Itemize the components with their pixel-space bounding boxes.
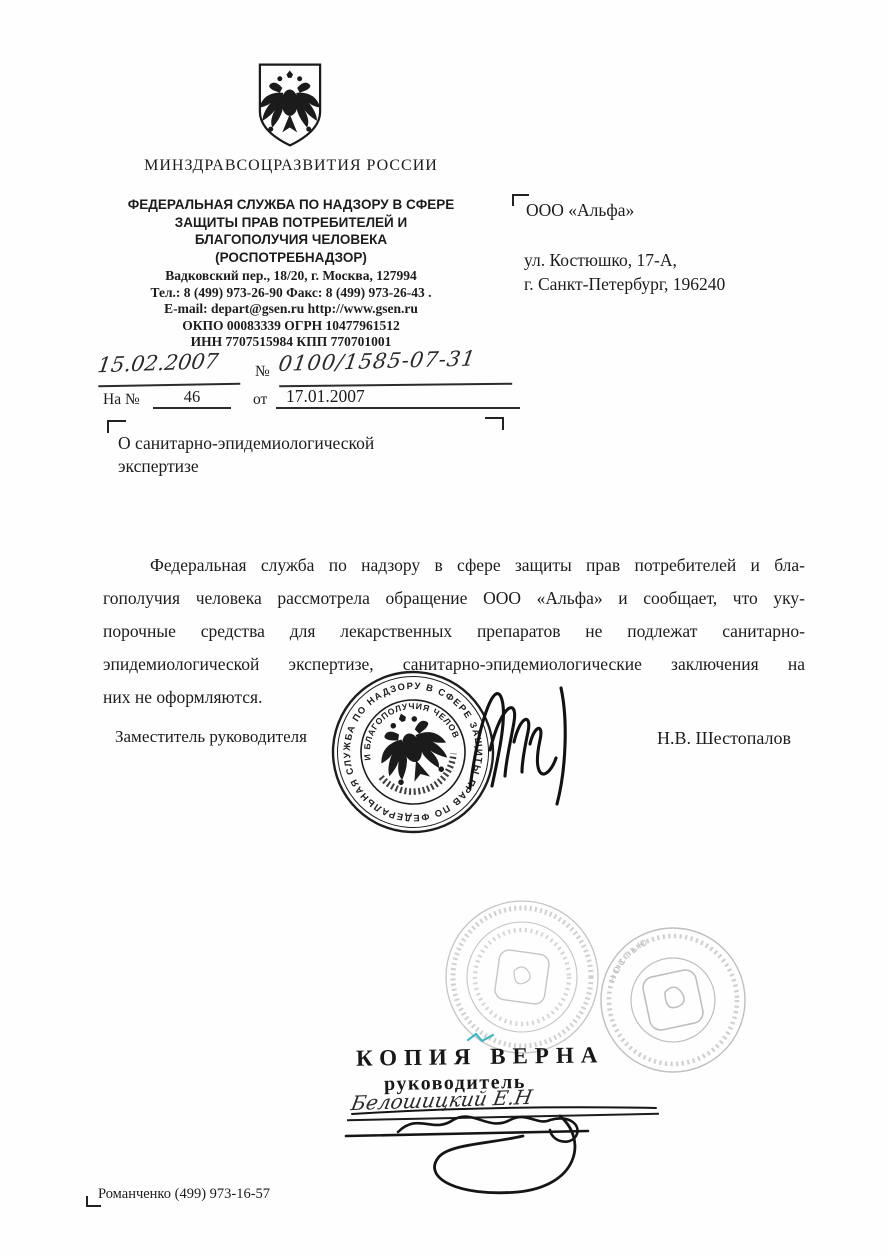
agency-line: БЛАГОПОЛУЧИЯ ЧЕЛОВЕКА (95, 231, 487, 249)
outgoing-date-field: 15.02.2007 (98, 350, 241, 387)
agency-line: ФЕДЕРАЛЬНАЯ СЛУЖБА ПО НАДЗОРУ В СФЕРЕ (95, 196, 487, 214)
outgoing-number-field: 0100/1585-07-31 (279, 348, 512, 387)
recipient-name: ООО «Альфа» (526, 200, 634, 221)
signer-name: Н.В. Шестопалов (657, 728, 791, 749)
signer-title: Заместитель руководителя (115, 727, 307, 747)
state-emblem-eagle-icon (249, 62, 331, 148)
agency-contacts-block: Вадковский пер., 18/20, г. Москва, 12799… (95, 268, 487, 351)
executor-contact: Романченко (499) 973-16-57 (98, 1186, 270, 1203)
subject-block: О санитарно-эпидемиологической экспертиз… (118, 432, 374, 478)
handwritten-signature (462, 670, 572, 815)
agency-phone-fax: Тел.: 8 (499) 973-26-90 Факс: 8 (499) 97… (95, 285, 487, 302)
subject-line: О санитарно-эпидемиологической (118, 432, 374, 455)
body-line: Федеральная служба по надзору в сфере за… (103, 549, 805, 582)
reply-from-label: от (253, 391, 267, 409)
scanned-letter-page: МИНЗДРАВСОЦРАЗВИТИЯ РОССИИ ФЕДЕРАЛЬНАЯ С… (0, 0, 889, 1258)
reply-number-field: 46 (153, 387, 231, 409)
subject-line: экспертизе (118, 455, 374, 478)
agency-line: ЗАЩИТЫ ПРАВ ПОТРЕБИТЕЛЕЙ И (95, 214, 487, 232)
recipient-address-line: г. Санкт-Петербург, 196240 (524, 272, 725, 296)
reply-to-label: На № (103, 391, 140, 409)
agency-okpo-ogrn: ОКПО 00083339 ОГРН 10477961512 (95, 318, 487, 335)
recipient-address: ул. Костюшко, 17-А, г. Санкт-Петербург, … (524, 248, 725, 296)
faint-round-stamp-right: НОСТЬЮ (597, 924, 749, 1076)
agency-email-web: E-mail: depart@gsen.ru http://www.gsen.r… (95, 301, 487, 318)
agency-line: (РОСПОТРЕБНАДЗОР) (95, 249, 487, 267)
handwritten-number: 0100/1585-07-31 (277, 346, 478, 376)
body-line: гополучия человека рассмотрела обращение… (103, 582, 805, 615)
number-sign-label: № (255, 363, 270, 381)
reply-number: 46 (184, 387, 201, 406)
reply-date-field: 17.01.2007 (276, 386, 520, 409)
certifier-flourish-signature (338, 1100, 668, 1200)
corner-mark (485, 417, 504, 430)
agency-address: Вадковский пер., 18/20, г. Москва, 12799… (95, 268, 487, 285)
ministry-name: МИНЗДРАВСОЦРАЗВИТИЯ РОССИИ (95, 157, 487, 175)
body-line: порочные средства для лекарственных преп… (103, 615, 805, 648)
agency-name-block: ФЕДЕРАЛЬНАЯ СЛУЖБА ПО НАДЗОРУ В СФЕРЕ ЗА… (95, 196, 487, 266)
reply-date: 17.01.2007 (286, 386, 365, 406)
copy-certified-stamp-text: КОПИЯ ВЕРНА (356, 1042, 605, 1071)
handwritten-date: 15.02.2007 (96, 349, 220, 377)
recipient-address-line: ул. Костюшко, 17-А, (524, 248, 725, 272)
